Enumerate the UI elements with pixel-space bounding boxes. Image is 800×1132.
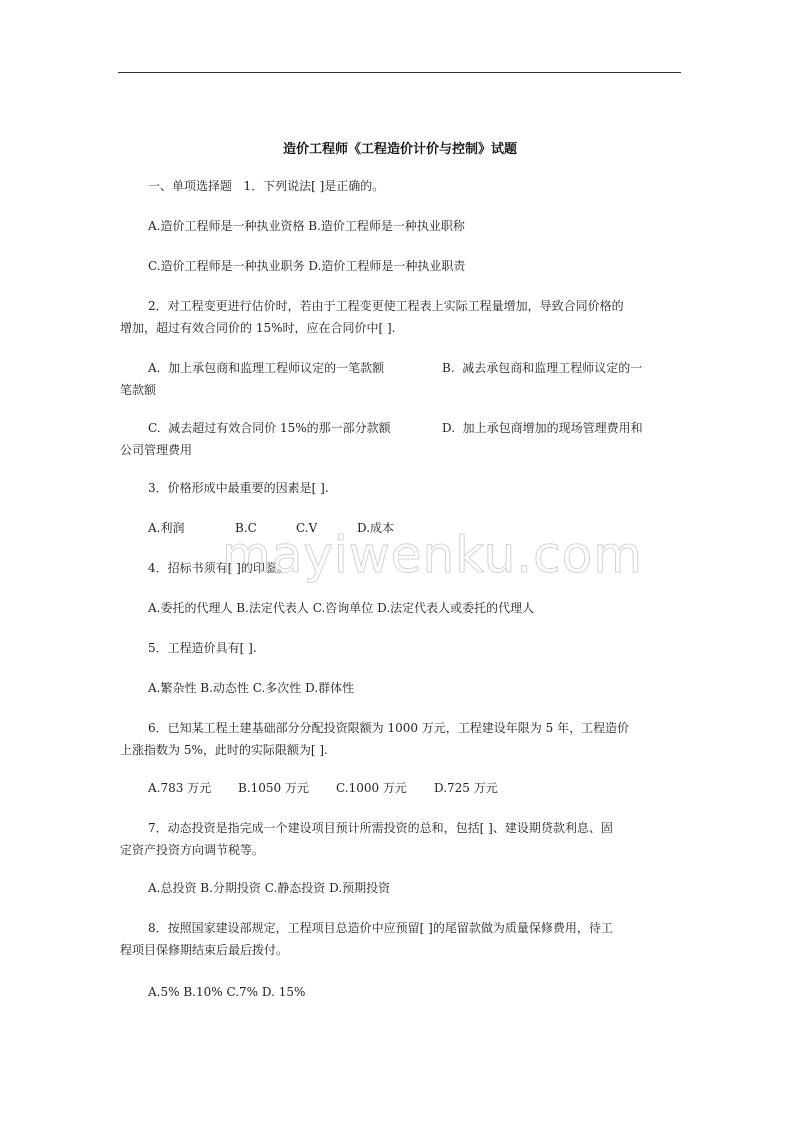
question-2-option-a: A. 加上承包商和监理工程师议定的一笔款额 [148, 357, 442, 379]
question-1-options-line-2: C.造价工程师是一种执业职务 D.造价工程师是一种执业职责 [148, 255, 465, 277]
question-7-stem-line-2: 定资产投资方向调节税等。 [120, 839, 264, 861]
question-8-options: A.5% B.10% C.7% D. 15% [148, 981, 305, 1003]
question-3-option-a: A.利润 [148, 517, 235, 539]
document-title: 造价工程师《工程造价计价与控制》试题 [0, 138, 800, 157]
question-7-options: A.总投资 B.分期投资 C.静态投资 D.预期投资 [148, 877, 390, 899]
question-4-options: A.委托的代理人 B.法定代表人 C.咨询单位 D.法定代表人或委托的代理人 [148, 597, 534, 619]
question-5-options: A.繁杂性 B.动态性 C.多次性 D.群体性 [148, 677, 354, 699]
question-2-options-line-4: 公司管理费用 [120, 439, 192, 461]
question-1-stem: 一、单项选择题 1．下列说法[ ]是正确的。 [148, 175, 384, 197]
question-2-options-line-3: C. 减去超过有效合同价 15%的那一部分款额D. 加上承包商增加的现场管理费用… [148, 417, 643, 439]
question-3-stem: 3．价格形成中最重要的因素是[ ]. [148, 477, 329, 499]
question-2-stem-line-1: 2．对工程变更进行估价时，若由于工程变更使工程表上实际工程量增加，导致合同价格的 [148, 295, 624, 317]
section-heading: 一、单项选择题 [148, 179, 232, 193]
question-6-option-c: C.1000 万元 [336, 777, 434, 799]
question-2-option-b: B. 减去承包商和监理工程师议定的一 [442, 361, 642, 375]
question-8-stem-line-2: 程项目保修期结束后最后拨付。 [120, 939, 288, 961]
question-5-stem: 5．工程造价具有[ ]. [148, 637, 257, 659]
question-6-option-d: D.725 万元 [434, 777, 498, 799]
question-3-option-c: C.V [296, 517, 357, 539]
question-2-options-line-2: 笔款额 [120, 379, 156, 401]
question-3-options: A.利润B.CC.VD.成本 [148, 517, 394, 539]
question-2-options-line-1: A. 加上承包商和监理工程师议定的一笔款额B. 减去承包商和监理工程师议定的一 [148, 357, 642, 379]
question-1-options-line-1: A.造价工程师是一种执业资格 B.造价工程师是一种执业职称 [148, 215, 465, 237]
question-3-option-b: B.C [235, 517, 296, 539]
question-6-option-a: A.783 万元 [148, 777, 238, 799]
question-4-stem: 4．招标书须有[ ]的印鉴。 [148, 557, 289, 579]
question-2-option-c: C. 减去超过有效合同价 15%的那一部分款额 [148, 417, 442, 439]
question-2-option-d: D. 加上承包商增加的现场管理费用和 [442, 421, 643, 435]
question-6-option-b: B.1050 万元 [238, 777, 336, 799]
header-rule [118, 72, 681, 73]
question-3-option-d: D.成本 [357, 517, 394, 539]
question-6-options: A.783 万元B.1050 万元C.1000 万元D.725 万元 [148, 777, 498, 799]
question-6-stem-line-1: 6．已知某工程土建基础部分分配投资限额为 1000 万元，工程建设年限为 5 年… [148, 717, 629, 739]
question-8-stem-line-1: 8．按照国家建设部规定，工程项目总造价中应预留[ ]的尾留款做为质量保修费用，待… [148, 917, 613, 939]
question-7-stem-line-1: 7．动态投资是指完成一个建设项目预计所需投资的总和，包括[ ]、建设期贷款利息、… [148, 817, 613, 839]
question-6-stem-line-2: 上涨指数为 5%，此时的实际限额为[ ]. [120, 739, 328, 761]
question-2-stem-line-2: 增加，超过有效合同价的 15%时，应在合同价中[ ]. [120, 317, 395, 339]
